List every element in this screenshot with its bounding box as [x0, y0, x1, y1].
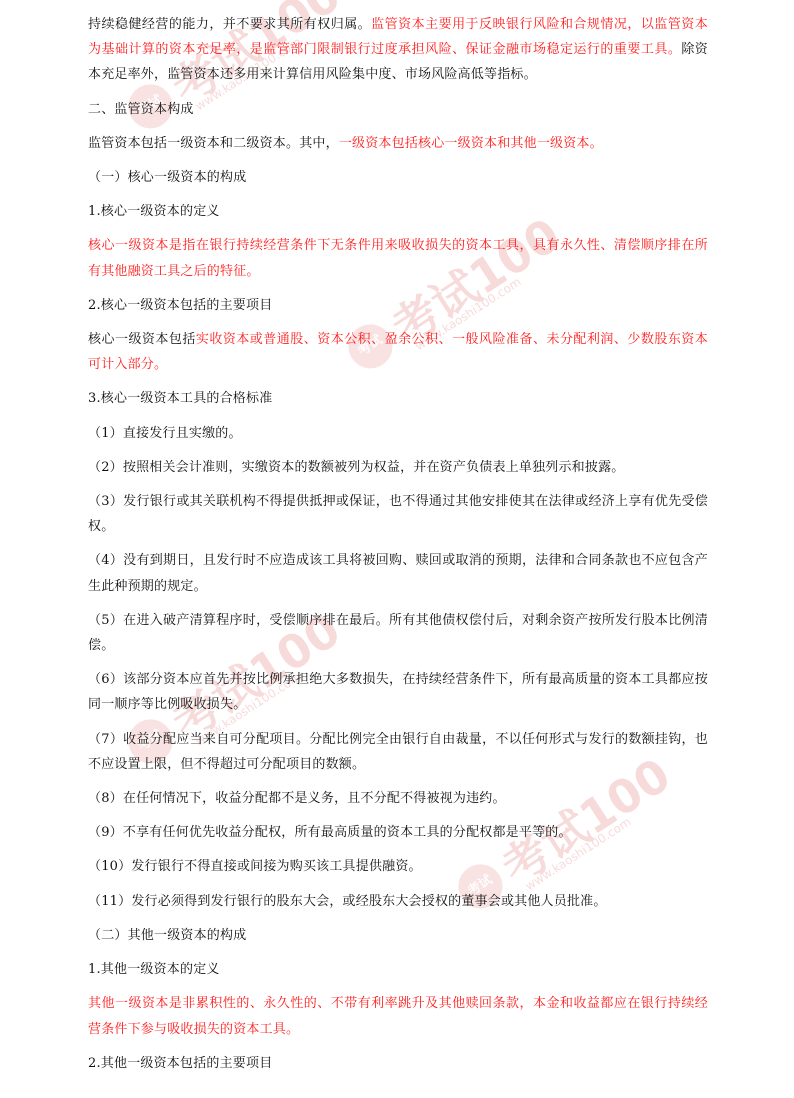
body-text: 1.其他一级资本的定义 [88, 962, 220, 977]
paragraph: 核心一级资本包括实收资本或普通股、资本公积、盈余公积、一般风险准备、未分配利润、… [88, 327, 708, 377]
body-text: 监管资本包括一级资本和二级资本。其中， [88, 136, 339, 151]
body-text: （5）在进入破产清算程序时，受偿顺序排在最后。所有其他债权偿付后，对剩余资产按所… [88, 613, 708, 653]
body-text: 2.其他一级资本包括的主要项目 [88, 1056, 272, 1071]
body-text: （8）在任何情况下，收益分配都不是义务，且不分配不得被视为违约。 [88, 791, 506, 806]
highlighted-text: 核心一级资本是指在银行持续经营条件下无条件用来吸收损失的资本工具，具有永久性、清… [88, 238, 708, 278]
body-text: （11）发行必须得到发行银行的股东大会，或经股东大会授权的董事会或其他人员批准。 [88, 894, 607, 909]
paragraph: 其他一级资本是非累积性的、永久性的、不带有利率跳升及其他赎回条款，本金和收益都应… [88, 991, 708, 1041]
paragraph: （一）核心一级资本的构成 [88, 165, 708, 190]
body-text: （7）收益分配应当来自可分配项目。分配比例完全由银行自由裁量，不以任何形式与发行… [88, 732, 708, 772]
document-body: 持续稳健经营的能力，并不要求其所有权归属。监管资本主要用于反映银行风险和合规情况… [88, 12, 708, 1085]
body-text: 2.核心一级资本包括的主要项目 [88, 298, 272, 313]
paragraph: （6）该部分资本应首先并按比例承担绝大多数损失，在持续经营条件下，所有最高质量的… [88, 667, 708, 717]
paragraph: （1）直接发行且实缴的。 [88, 421, 708, 446]
body-text: （10）发行银行不得直接或间接为购买该工具提供融资。 [88, 859, 422, 874]
paragraph: 持续稳健经营的能力，并不要求其所有权归属。监管资本主要用于反映银行风险和合规情况… [88, 12, 708, 88]
paragraph: （2）按照相关会计准则，实缴资本的数额被列为权益，并在资产负债表上单独列示和披露… [88, 455, 708, 480]
paragraph: （8）在任何情况下，收益分配都不是义务，且不分配不得被视为违约。 [88, 786, 708, 811]
body-text: 3.核心一级资本工具的合格标准 [88, 391, 272, 406]
body-text: （3）发行银行或其关联机构不得提供抵押或保证，也不得通过其他安排使其在法律或经济… [88, 494, 708, 534]
paragraph: 3.核心一级资本工具的合格标准 [88, 386, 708, 411]
paragraph: （4）没有到期日，且发行时不应造成该工具将被回购、赎回或取消的预期，法律和合同条… [88, 548, 708, 598]
body-text: 核心一级资本包括 [88, 332, 196, 347]
paragraph: 1.核心一级资本的定义 [88, 199, 708, 224]
body-text: 持续稳健经营的能力，并不要求其所有权归属。 [88, 17, 371, 32]
paragraph: 2.其他一级资本包括的主要项目 [88, 1051, 708, 1076]
paragraph: （二）其他一级资本的构成 [88, 923, 708, 948]
paragraph: （5）在进入破产清算程序时，受偿顺序排在最后。所有其他债权偿付后，对剩余资产按所… [88, 608, 708, 658]
body-text: （二）其他一级资本的构成 [88, 928, 246, 943]
body-text: （1）直接发行且实缴的。 [88, 426, 242, 441]
paragraph: （9）不享有任何优先收益分配权，所有最高质量的资本工具的分配权都是平等的。 [88, 820, 708, 845]
body-text: （一）核心一级资本的构成 [88, 170, 246, 185]
document-page: 考试100考试100 www.kaoshi100.com 考试100考试100 … [0, 0, 794, 1098]
paragraph: 监管资本包括一级资本和二级资本。其中，一级资本包括核心一级资本和其他一级资本。 [88, 131, 708, 156]
paragraph: 二、监管资本构成 [88, 97, 708, 122]
paragraph: （7）收益分配应当来自可分配项目。分配比例完全由银行自由裁量，不以任何形式与发行… [88, 727, 708, 777]
body-text: （6）该部分资本应首先并按比例承担绝大多数损失，在持续经营条件下，所有最高质量的… [88, 672, 708, 712]
body-text: 二、监管资本构成 [88, 102, 194, 117]
paragraph: 2.核心一级资本包括的主要项目 [88, 293, 708, 318]
body-text: 1.核心一级资本的定义 [88, 204, 220, 219]
paragraph: （11）发行必须得到发行银行的股东大会，或经股东大会授权的董事会或其他人员批准。 [88, 889, 708, 914]
highlighted-text: 一级资本包括核心一级资本和其他一级资本。 [339, 136, 603, 151]
paragraph: （3）发行银行或其关联机构不得提供抵押或保证，也不得通过其他安排使其在法律或经济… [88, 489, 708, 539]
paragraph: （10）发行银行不得直接或间接为购买该工具提供融资。 [88, 854, 708, 879]
body-text: （2）按照相关会计准则，实缴资本的数额被列为权益，并在资产负债表上单独列示和披露… [88, 460, 624, 475]
body-text: （9）不享有任何优先收益分配权，所有最高质量的资本工具的分配权都是平等的。 [88, 825, 572, 840]
highlighted-text: 其他一级资本是非累积性的、永久性的、不带有利率跳升及其他赎回条款，本金和收益都应… [88, 996, 708, 1036]
paragraph: 核心一级资本是指在银行持续经营条件下无条件用来吸收损失的资本工具，具有永久性、清… [88, 233, 708, 283]
body-text: （4）没有到期日，且发行时不应造成该工具将被回购、赎回或取消的预期，法律和合同条… [88, 553, 708, 593]
paragraph: 1.其他一级资本的定义 [88, 957, 708, 982]
